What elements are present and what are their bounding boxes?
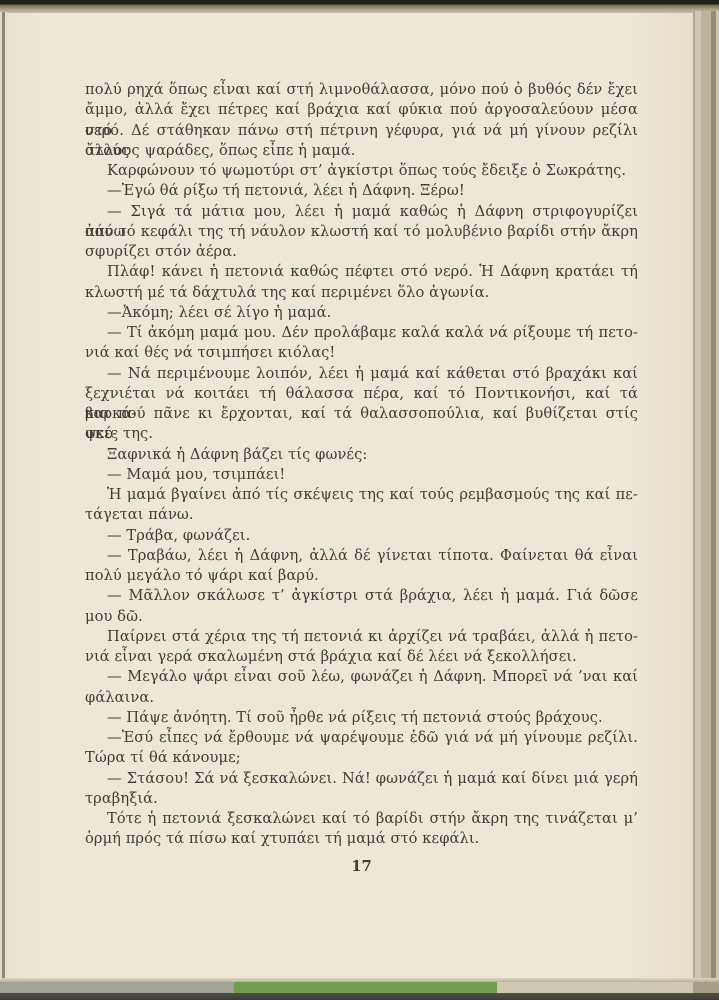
text-line-15: — Νά περιμένουμε λοιπόν, λέει ἡ μαμά καί… — [85, 364, 638, 384]
text-line-22: τάγεται πάνω. — [85, 505, 638, 525]
book-binding-edge — [0, 12, 7, 978]
text-block: πολύ ρηχά ὅπως εἶναι καί στή λιμνοθάλασσ… — [85, 80, 638, 850]
text-line-9: σφυρίζει στόν ἀέρα. — [85, 242, 638, 262]
book-top-edge — [0, 0, 719, 13]
text-line-7: — Σιγά τά μάτια μου, λέει ἡ μαμά καθώς ἡ… — [85, 202, 638, 222]
text-line-19: Ξαφνικά ἡ Δάφνη βάζει τίς φωνές: — [85, 445, 638, 465]
text-line-8: ἀπό τό κεφάλι της τή νάυλον κλωστή καί τ… — [85, 222, 638, 242]
text-line-36: τραβηξιά. — [85, 789, 638, 809]
text-line-17: κια πού πᾶνε κι ἔρχονται, καί τά θαλασσο… — [85, 404, 638, 424]
text-line-27: μου δῶ. — [85, 607, 638, 627]
text-line-16: ξεχνιέται νά κοιτάει τή θάλασσα πέρα, κα… — [85, 384, 638, 404]
text-line-34: Τώρα τί θά κάνουμε; — [85, 748, 638, 768]
text-line-12: —Ἀκόμη; λέει σέ λίγο ἡ μαμά. — [85, 303, 638, 323]
bottom-edge-dark-strip — [0, 993, 719, 1000]
page-number: 17 — [85, 858, 638, 875]
text-line-21: Ἡ μαμά βγαίνει ἀπό τίς σκέψεις της καί τ… — [85, 485, 638, 505]
bottom-edge-green-cover-strip — [234, 982, 497, 993]
text-line-10: Πλάφ! κάνει ἡ πετονιά καθώς πέφτει στό ν… — [85, 262, 638, 282]
book-pages-right-edge — [693, 11, 719, 982]
bottom-edge-tan-strip — [497, 982, 693, 993]
text-line-18: ψεις της. — [85, 424, 638, 444]
text-line-6: —Ἐγώ θά ρίξω τή πετονιά, λέει ἡ Δάφνη. Ξ… — [85, 181, 638, 201]
text-line-32: — Πάψε ἀνόητη. Τί σοῦ ἦρθε νά ρίξεις τή … — [85, 708, 638, 728]
text-line-38: ὁρμή πρός τά πίσω καί χτυπάει τή μαμά στ… — [85, 829, 638, 849]
text-line-2: ἄμμο, ἀλλά ἔχει πέτρες καί βράχια καί φύ… — [85, 100, 638, 120]
text-line-25: πολύ μεγάλο τό ψάρι καί βαρύ. — [85, 566, 638, 586]
book-page-scan: πολύ ρηχά ὅπως εἶναι καί στή λιμνοθάλασσ… — [0, 0, 719, 1000]
text-line-26: — Μᾶλλον σκάλωσε τ’ ἀγκίστρι στά βράχια,… — [85, 586, 638, 606]
book-bottom-edge — [0, 978, 719, 1000]
text-line-4: ἄλλους ψαράδες, ὅπως εἶπε ἡ μαμά. — [85, 141, 638, 161]
text-line-23: — Τράβα, φωνάζει. — [85, 526, 638, 546]
text-line-31: φάλαινα. — [85, 688, 638, 708]
text-line-13: — Τί ἀκόμη μαμά μου. Δέν προλάβαμε καλά … — [85, 323, 638, 343]
text-line-29: νιά εἶναι γερά σκαλωμένη στά βράχια καί … — [85, 647, 638, 667]
bottom-edge-right-cap — [693, 982, 719, 993]
text-line-24: — Τραβάω, λέει ἡ Δάφνη, ἀλλά δέ γίνεται … — [85, 546, 638, 566]
text-line-30: — Μεγάλο ψάρι εἶναι σοῦ λέω, φωνάζει ἡ Δ… — [85, 667, 638, 687]
text-line-35: — Στάσου! Σά νά ξεσκαλώνει. Νά! φωνάζει … — [85, 769, 638, 789]
text-line-37: Τότε ἡ πετονιά ξεσκαλώνει καί τό βαρίδι … — [85, 809, 638, 829]
text-line-33: —Ἐσύ εἶπες νά ἔρθουμε νά ψαρέψουμε ἐδῶ γ… — [85, 728, 638, 748]
text-line-11: κλωστή μέ τά δάχτυλά της καί περιμένει ὅ… — [85, 283, 638, 303]
text-line-1: πολύ ρηχά ὅπως εἶναι καί στή λιμνοθάλασσ… — [85, 80, 638, 100]
text-line-20: — Μαμά μου, τσιμπάει! — [85, 465, 638, 485]
text-line-5: Καρφώνουν τό ψωμοτύρι στ’ ἀγκίστρι ὅπως … — [85, 161, 638, 181]
text-line-3: νερό. Δέ στάθηκαν πάνω στή πέτρινη γέφυρ… — [85, 121, 638, 141]
text-line-28: Παίρνει στά χέρια της τή πετονιά κι ἀρχί… — [85, 627, 638, 647]
bottom-edge-gray-strip — [0, 982, 234, 993]
text-line-14: νιά καί θές νά τσιμπήσει κιόλας! — [85, 343, 638, 363]
